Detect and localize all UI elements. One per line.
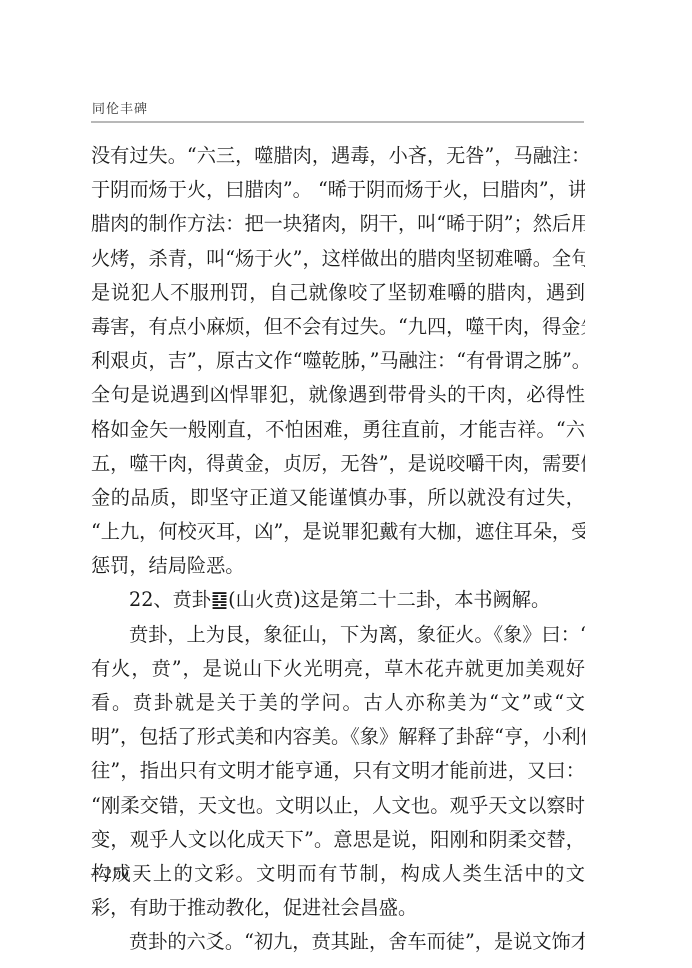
page-number: – 270 – <box>91 866 143 883</box>
header-rule <box>91 121 584 123</box>
text-line: “刚柔交错，天文也。文明以止，人文也。观乎天文以察时 <box>91 789 585 823</box>
text-line: 变，观乎人文以化成天下”。意思是说，阳刚和阴柔交替， <box>91 823 585 857</box>
text-line: 惩罚，结局险恶。 <box>91 549 585 583</box>
text-line: 火烤，杀青，叫“炀于火”，这样做出的腊肉坚韧难嚼。全句 <box>91 242 585 276</box>
text-line: 彩，有助于推动教化，促进社会昌盛。 <box>91 891 585 925</box>
text-line: 贲卦的六爻。“初九，贲其趾，舍车而徒”，是说文饰才 <box>91 925 585 959</box>
text-line: 看。贲卦就是关于美的学问。古人亦称美为“文”或“文 <box>91 686 585 720</box>
text-line: 五，噬干肉，得黄金，贞厉，无咎”，是说咬嚼干肉，需要像黄 <box>91 447 585 481</box>
text-line: 构成天上的文彩。文明而有节制，构成人类生活中的文 <box>91 857 585 891</box>
text-line: 是说犯人不服刑罚，自己就像咬了坚韧难嚼的腊肉，遇到 <box>91 276 585 310</box>
text-line: 格如金矢一般刚直，不怕困难，勇往直前，才能吉祥。“六 <box>91 413 585 447</box>
text-line: 贲卦，上为艮，象征山，下为离，象征火。《象》曰：“山下 <box>91 618 585 652</box>
text-line: 腊肉的制作方法：把一块猪肉，阴干，叫“晞于阴”；然后用 <box>91 207 585 241</box>
text-line: 于阴而炀于火，曰腊肉”。 “晞于阴而炀于火，曰腊肉”，讲 <box>91 173 585 207</box>
body-text: 没有过失。“六三，噬腊肉，遇毒，小吝，无咎”，马融注：“晞 于阴而炀于火，曰腊肉… <box>91 139 585 960</box>
text-line: 没有过失。“六三，噬腊肉，遇毒，小吝，无咎”，马融注：“晞 <box>91 139 585 173</box>
running-head: 同伦丰碑 <box>92 98 148 117</box>
text-line: 往”，指出只有文明才能亨通，只有文明才能前进，又曰： <box>91 754 585 788</box>
text-line: 全句是说遇到凶悍罪犯，就像遇到带骨头的干肉，必得性 <box>91 378 585 412</box>
section-heading-line: 22、贲卦䷕(山火贲)这是第二十二卦，本书阙解。 <box>91 583 585 617</box>
text-line: 金的品质，即坚守正道又能谨慎办事，所以就没有过失， <box>91 481 585 515</box>
text-line: 明”，包括了形式美和内容美。《象》解释了卦辞“亨，小利攸 <box>91 720 585 754</box>
text-line: 有火，贲”，是说山下火光明亮，草木花卉就更加美观好 <box>91 652 585 686</box>
text-line: 利艰贞，吉”，原古文作“噬乾胏，”马融注：“有骨谓之胏”。 <box>91 344 585 378</box>
text-line: “上九，何校灭耳，凶”，是说罪犯戴有大枷，遮住耳朵，受到 <box>91 515 585 549</box>
text-line: 毒害，有点小麻烦，但不会有过失。“九四，噬干肉，得金矢， <box>91 310 585 344</box>
